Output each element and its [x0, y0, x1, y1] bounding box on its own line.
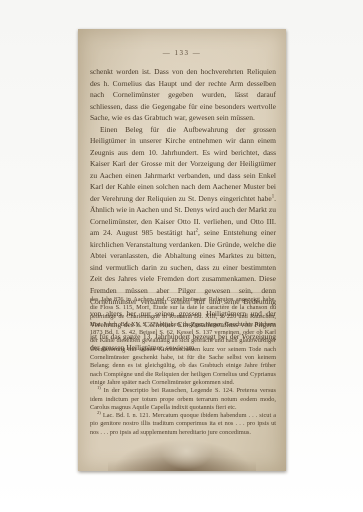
footnote-1-marker: 1)	[97, 385, 101, 390]
page-number: — 133 —	[78, 49, 286, 57]
footnote-2-marker: 2)	[97, 410, 101, 415]
footnotes-block: das Jahr 876 in Aachen und Cornelimünste…	[90, 296, 276, 437]
scanned-book-page: — 133 — schenkt worden ist. Dass von den…	[0, 0, 363, 512]
footnote-1-text: In der Descriptio bei Rauschen, Legende …	[90, 387, 276, 411]
footnote-separator-rule	[90, 292, 276, 293]
footnote-continuation: das Jahr 876 in Aachen und Cornelimünste…	[90, 296, 276, 387]
paragraph-main-segment-1: Einen Beleg für die Aufbewahrung der gro…	[90, 125, 276, 203]
footnote-2-text: Lac. Bd. I. n. 121. Mercatum quoque ibid…	[90, 412, 276, 436]
footnote-1: 1) In der Descriptio bei Rauschen, Legen…	[90, 387, 276, 412]
footnote-2: 2) Lac. Bd. I. n. 121. Mercatum quoque i…	[90, 412, 276, 437]
book-page-paper: — 133 — schenkt worden ist. Dass von den…	[78, 29, 286, 471]
paragraph-continuation: schenkt worden ist. Dass von den hochver…	[90, 66, 276, 124]
